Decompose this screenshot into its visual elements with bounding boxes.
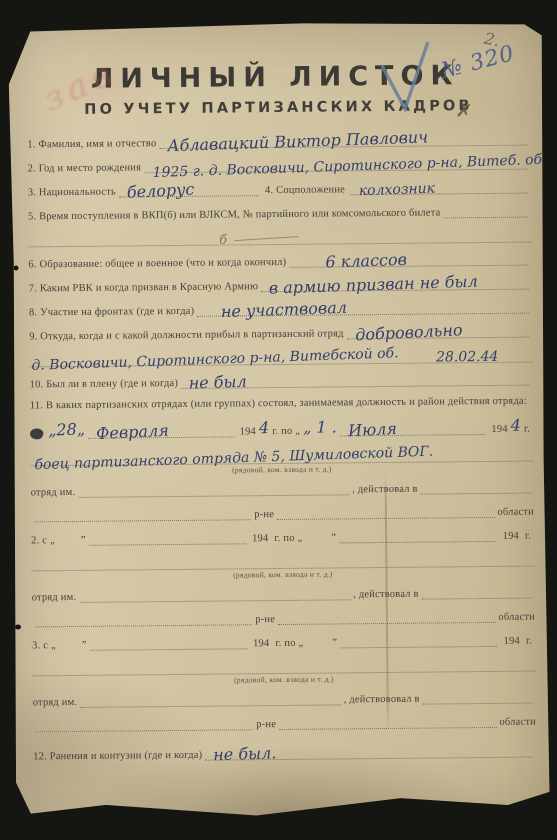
field-origin: 9. Откуда, когда и с какой должности при…	[29, 322, 532, 343]
field-origin-value2: д. Восковичи, Сиротинского р-на, Витебск…	[31, 345, 399, 373]
field-party-label: 5. Время поступления в ВКП(б) или ВЛКСМ,…	[28, 207, 441, 222]
field-origin-line2: д. Восковичи, Сиротинского р-на, Витебск…	[29, 346, 532, 368]
quote-close: ”	[332, 638, 337, 649]
year-prefix: 194	[491, 424, 507, 435]
field-captivity: 10. Был ли в плену (где и когда) не был	[30, 370, 533, 391]
field-education-line: 6 классов	[289, 250, 528, 268]
year-prefix: 194	[504, 636, 520, 647]
field-party-line2: б	[28, 226, 531, 248]
entry-to-month: Июля	[347, 419, 397, 440]
field-origin-value1: добровольно	[354, 320, 462, 344]
field-surname-line: Аблавацкий Виктор Павлович	[159, 130, 527, 150]
field-party-pencil-note: б	[219, 231, 227, 246]
month-line	[340, 631, 498, 649]
rne-label: р-не	[256, 719, 276, 730]
oblast-line	[277, 502, 494, 520]
field-captivity-value: не был	[189, 372, 248, 393]
region-line	[35, 610, 252, 628]
field-party: 5. Время поступления в ВКП(б) или ВЛКСМ,…	[28, 202, 531, 223]
region-line	[34, 505, 251, 523]
x-mark-icon: ✗	[455, 99, 474, 123]
oblast-label: области	[498, 612, 535, 623]
field-education: 6. Образование: общее и военное (что и к…	[28, 250, 531, 271]
field-fronts-label: 8. Участие на фронтах (где и когда)	[29, 306, 194, 319]
field-fronts-value: не участвовал	[221, 298, 348, 321]
otryad-label: отряд им.	[32, 592, 77, 603]
field-birth-line: 1925 г. д. Восковичи, Сиротинского р-на,…	[144, 154, 528, 174]
paper-hole	[15, 624, 21, 629]
field-fronts: 8. Участие на фронтах (где и когда) не у…	[29, 298, 532, 319]
field-wounds-line: не был.	[205, 742, 533, 761]
pencil-stroke	[234, 236, 298, 241]
field-wounds-label: 12. Ранения и контузии (где и когда)	[33, 750, 202, 763]
field-rvk-label: 7. Каким РВК и когда призван в Красную А…	[29, 281, 259, 294]
po-label: г. по „	[274, 533, 302, 544]
field-wounds: 12. Ранения и контузии (где и когда) не …	[33, 742, 536, 763]
year-g: г.	[524, 424, 530, 435]
field-captivity-label: 10. Был ли в плену (где и когда)	[30, 378, 179, 390]
checkmark-icon	[375, 39, 434, 114]
form-content: зав 2. № 320 ✗ ЛИЧНЫЙ ЛИСТОК ПО УЧЕТУ ПА…	[7, 19, 551, 822]
entry-to-month-line: Июля	[340, 419, 486, 436]
otryad-name-line	[80, 690, 341, 708]
year-prefix: 194	[240, 426, 256, 437]
period-row-2: 2. с „ ” 194 г. по „ ” 194 г.	[31, 526, 534, 547]
month-line	[89, 529, 247, 547]
field-units-label: 11. В каких партизанских отрядах (или гр…	[30, 394, 533, 415]
region-line	[36, 715, 253, 733]
entry-to-year: 4	[511, 416, 521, 435]
quote-gap	[56, 641, 82, 651]
entry-from-day: „28„	[48, 420, 86, 440]
field-wounds-value: не был.	[213, 744, 277, 765]
po-label: г. по „	[275, 638, 303, 649]
field-rvk-line: в армию призван не был	[261, 274, 529, 293]
year-prefix: 194	[253, 638, 269, 649]
otryad-label: отряд им.	[31, 487, 76, 498]
year-g: г.	[526, 636, 532, 647]
oblast-line	[279, 712, 496, 730]
year-g: г.	[525, 531, 531, 542]
acted-line	[423, 688, 533, 705]
quote-close: ”	[81, 535, 86, 546]
month-line	[90, 634, 248, 652]
period-row-3: 3. с „ ” 194 г. по „ ” 194 г.	[32, 631, 535, 652]
row3-prefix: 3. с „	[32, 640, 56, 651]
field-rvk-value: в армию призван не был	[269, 272, 479, 298]
field-nationality-social: 3. Национальность белорус 4. Соцположени…	[28, 178, 531, 199]
quote-gap	[55, 536, 81, 546]
paper-hole	[13, 265, 18, 270]
field-origin-date: 28.02.44	[436, 349, 498, 366]
acted-label-c: , действововал в	[344, 694, 420, 706]
otryad-block-b: отряд им. , действовал в	[32, 583, 535, 604]
field-social-label: 4. Соцположение	[265, 184, 345, 196]
month-line	[339, 526, 497, 544]
quote-gap	[306, 639, 332, 649]
otryad-block-a: отряд им. , действовал в	[31, 478, 534, 499]
row2-prefix: 2. с „	[31, 535, 55, 546]
field-rvk: 7. Каким РВК и когда призван в Красную А…	[29, 274, 532, 295]
field-fronts-line: не участвовал	[197, 298, 529, 317]
region-row-b: р-не области	[32, 607, 535, 628]
field-captivity-line: не был	[181, 370, 530, 389]
field-education-value: 6 классов	[325, 250, 407, 272]
po-label: г. по „	[272, 426, 300, 437]
field-party-line	[443, 202, 528, 219]
entry-from-year: 4	[259, 418, 269, 437]
field-social-value: колхозник	[359, 181, 436, 200]
field-surname-value: Аблавацкий Виктор Павлович	[167, 127, 428, 155]
otryad-name-line	[78, 480, 349, 499]
year-prefix: 194	[252, 533, 268, 544]
field-surname-label: 1. Фамилия, имя и отчество	[27, 138, 156, 150]
quote-close: ”	[331, 533, 336, 544]
field-nationality-label: 3. Национальность	[28, 187, 116, 199]
otryad-block-c: отряд им. , действововал в	[33, 688, 536, 709]
field-birth: 2. Год и место рождения 1925 г. д. Воско…	[27, 154, 530, 175]
rne-label: р-не	[254, 509, 274, 520]
field-education-label: 6. Образование: общее и военное (что и к…	[28, 257, 286, 270]
field-social-line: колхозник	[351, 178, 528, 196]
field-nationality-line: белорус	[119, 180, 259, 197]
field-birth-label: 2. Год и место рождения	[28, 162, 142, 174]
service-entry-row: „28„ Февраля 194 4 г. по „ „ 1 . Июля 19…	[30, 416, 533, 440]
field-origin-line: добровольно	[347, 322, 530, 340]
field-surname: 1. Фамилия, имя и отчество Аблавацкий Ви…	[27, 130, 530, 151]
acted-line	[421, 478, 531, 495]
acted-line	[422, 583, 532, 600]
entry-from-month-line: Февраля	[88, 422, 234, 439]
otryad-name-line	[79, 585, 350, 604]
entry-from-month: Февраля	[96, 421, 169, 443]
ink-blot	[29, 427, 45, 441]
region-row-a: р-не области	[31, 502, 534, 523]
oblast-label: области	[497, 507, 534, 518]
oblast-line	[278, 607, 495, 625]
field-origin-label: 9. Откуда, когда и с какой должности при…	[29, 328, 344, 342]
quote-close: ”	[82, 640, 87, 651]
oblast-label: области	[499, 717, 536, 728]
otryad-label: отряд им.	[33, 697, 78, 708]
year-prefix: 194	[503, 531, 519, 542]
quote-gap	[305, 534, 331, 544]
field-nationality-value: белорус	[127, 180, 195, 202]
region-row-c: р-не области	[33, 712, 536, 733]
entry-to-day: „ 1 .	[303, 418, 337, 437]
rne-label: р-не	[255, 614, 275, 625]
field-birth-value: 1925 г. д. Восковичи, Сиротинского р-на,…	[152, 152, 551, 182]
scanned-form-page: зав 2. № 320 ✗ ЛИЧНЫЙ ЛИСТОК ПО УЧЕТУ ПА…	[7, 19, 551, 822]
